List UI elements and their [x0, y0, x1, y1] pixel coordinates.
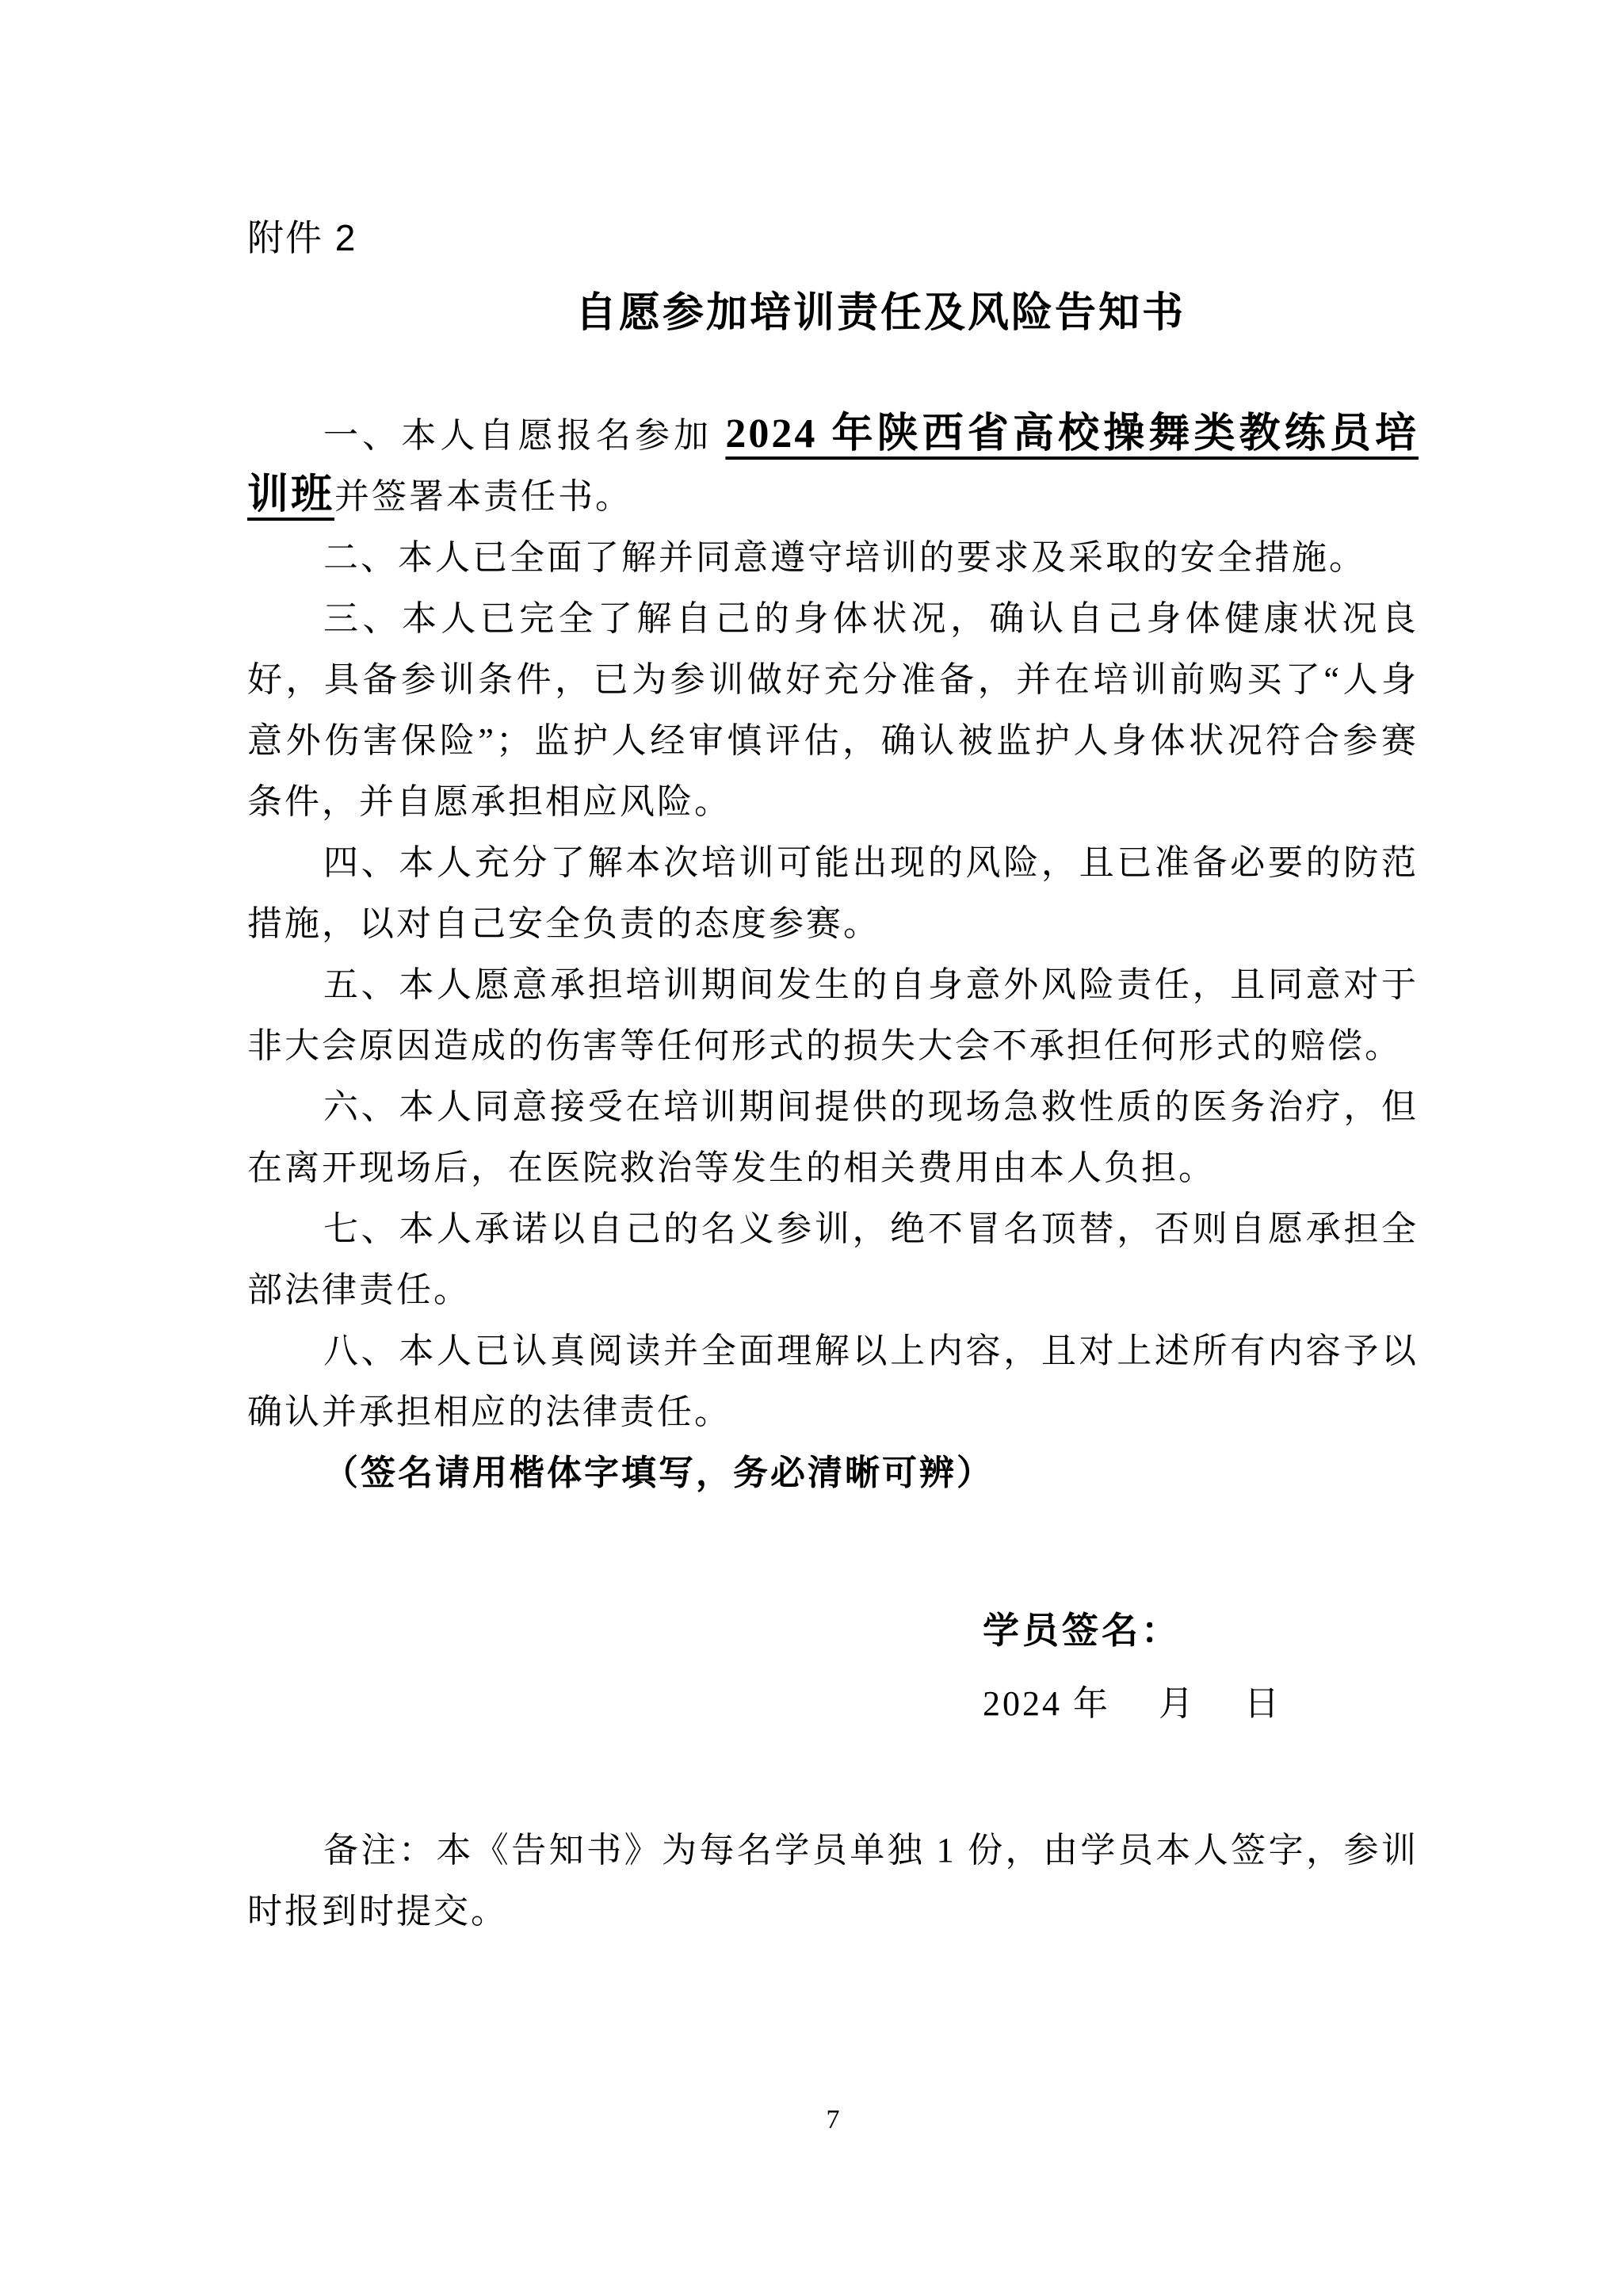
- body-text: 一、本人自愿报名参加 2024 年陕西省高校操舞类教练员培训班并签署本责任书。 …: [247, 405, 1419, 1503]
- signature-date-line: 2024 年 月 日: [983, 1673, 1419, 1734]
- document-page: 附件 2 自愿参加培训责任及风险告知书 一、本人自愿报名参加 2024 年陕西省…: [0, 0, 1623, 2296]
- handwriting-instruction-note: （签名请用楷体字填写，务必清晰可辨）: [247, 1442, 1419, 1503]
- paragraph-1-suffix: 并签署本责任书。: [334, 477, 632, 516]
- remark-note: 备注：本《告知书》为每名学员单独 1 份，由学员本人签字，参训时报到时提交。: [247, 1820, 1419, 1942]
- paragraph-3: 三、本人已完全了解自己的身体状况，确认自己身体健康状况良好，具备参训条件，已为参…: [247, 588, 1419, 832]
- paragraph-7: 七、本人承诺以自己的名义参训，绝不冒名顶替，否则自愿承担全部法律责任。: [247, 1198, 1419, 1320]
- page-content: 附件 2 自愿参加培训责任及风险告知书 一、本人自愿报名参加 2024 年陕西省…: [247, 0, 1419, 1942]
- paragraph-5: 五、本人愿意承担培训期间发生的自身意外风险责任，且同意对于非大会原因造成的伤害等…: [247, 954, 1419, 1076]
- trainee-signature-label: 学员签名：: [983, 1600, 1419, 1661]
- paragraph-4: 四、本人充分了解本次培训可能出现的风险，且已准备必要的防范措施，以对自己安全负责…: [247, 832, 1419, 954]
- paragraph-8: 八、本人已认真阅读并全面理解以上内容，且对上述所有内容予以确认并承担相应的法律责…: [247, 1320, 1419, 1442]
- paragraph-1-prefix: 一、本人自愿报名参加: [323, 416, 725, 455]
- paragraph-1: 一、本人自愿报名参加 2024 年陕西省高校操舞类教练员培训班并签署本责任书。: [247, 405, 1419, 527]
- attachment-label: 附件 2: [247, 216, 1419, 260]
- page-number: 7: [247, 2104, 1419, 2136]
- paragraph-2: 二、本人已全面了解并同意遵守培训的要求及采取的安全措施。: [247, 527, 1419, 588]
- paragraph-6: 六、本人同意接受在培训期间提供的现场急救性质的医务治疗，但在离开现场后，在医院救…: [247, 1076, 1419, 1198]
- document-title: 自愿参加培训责任及风险告知书: [247, 288, 1419, 339]
